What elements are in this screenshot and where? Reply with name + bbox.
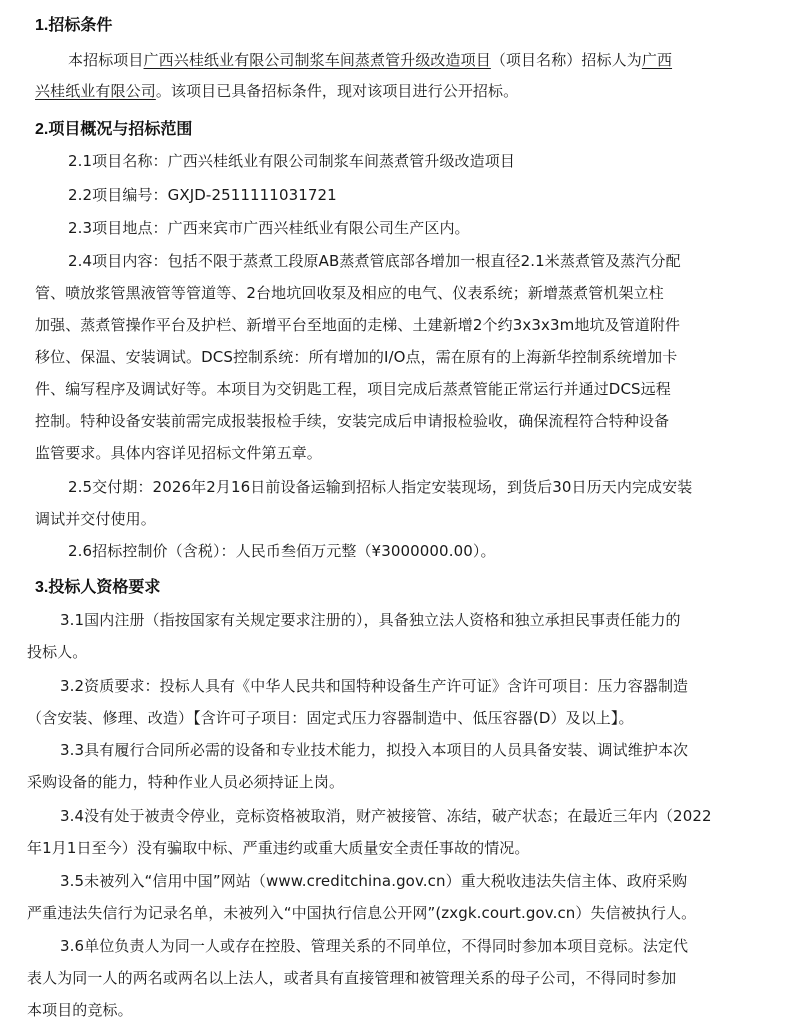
item-2-3: 2.3项目地点：广西来宾市广西兴桂纸业有限公司生产区内。 (68, 218, 470, 238)
item-3-4-line-1: 3.4没有处于被责令停业，竞标资格被取消，财产被接管、冻结，破产状态；在最近三年… (60, 806, 712, 826)
item-3-4-line-2: 年1月1日至今）没有骗取中标、严重违约或重大质量安全责任事故的情况。 (27, 838, 530, 858)
tenderer-name-underlined: 兴桂纸业有限公司 (35, 82, 156, 100)
text: 。该项目已具备招标条件，现对该项目进行公开招标。 (156, 82, 518, 100)
item-3-6-line-2: 表人为同一人的两名或两名以上法人，或者具有直接管理和被管理关系的母子公司，不得同… (27, 968, 676, 988)
section-1-paragraph-line-2: 兴桂纸业有限公司。该项目已具备招标条件，现对该项目进行公开招标。 (35, 81, 518, 101)
item-2-5-line-2: 调试并交付使用。 (35, 509, 156, 529)
item-3-1-line-1: 3.1国内注册（指按国家有关规定要求注册的），具备独立法人资格和独立承担民事责任… (60, 610, 681, 630)
item-3-1-line-2: 投标人。 (27, 642, 87, 662)
item-2-4-line-3: 加强、蒸煮管操作平台及护栏、新增平台至地面的走梯、土建新增2个约3x3x3m地坑… (35, 315, 680, 335)
item-2-6: 2.6招标控制价（含税）：人民币叁佰万元整（¥3000000.00）。 (68, 541, 496, 561)
item-3-6-line-3: 本项目的竞标。 (27, 1000, 133, 1020)
item-2-4-line-6: 控制。特种设备安装前需完成报装报检手续，安装完成后申请报检验收，确保流程符合特种… (35, 411, 669, 431)
item-3-2-line-2: （含安装、修理、改造）【含许可子项目：固定式压力容器制造中、低压容器(D）及以上… (27, 708, 634, 728)
text: （项目名称）招标人为 (491, 51, 642, 69)
section-2-title: 2.项目概况与招标范围 (35, 120, 192, 140)
text: 本招标项目 (68, 51, 144, 69)
item-2-5-line-1: 2.5交付期：2026年2月16日前设备运输到招标人指定安装现场，到货后30日历… (68, 477, 692, 497)
item-2-4-line-5: 件、编写程序及调试好等。本项目为交钥匙工程，项目完成后蒸煮管能正常运行并通过DC… (35, 379, 671, 399)
project-name-underlined: 广西兴桂纸业有限公司制浆车间蒸煮管升级改造项目 (144, 51, 491, 69)
item-3-6-line-1: 3.6单位负责人为同一人或存在控股、管理关系的不同单位，不得同时参加本项目竞标。… (60, 936, 688, 956)
section-3-title: 3.投标人资格要求 (35, 578, 160, 598)
item-2-4-line-7: 监管要求。具体内容详见招标文件第五章。 (35, 443, 322, 463)
section-1-title: 1.招标条件 (35, 16, 112, 36)
item-2-2: 2.2项目编号：GXJD-2511111031721 (68, 185, 337, 205)
item-2-4-line-2: 管、喷放浆管黑液管等管道等、2台地坑回收泵及相应的电气、仪表系统；新增蒸煮管机架… (35, 283, 664, 303)
item-2-4-line-4: 移位、保温、安装调试。DCS控制系统：所有增加的I/O点，需在原有的上海新华控制… (35, 347, 677, 367)
item-3-3-line-1: 3.3具有履行合同所必需的设备和专业技术能力，拟投入本项目的人员具备安装、调试维… (60, 740, 688, 760)
item-3-5-line-1: 3.5未被列入“信用中国”网站（www.creditchina.gov.cn）重… (60, 871, 687, 891)
item-2-4-line-1: 2.4项目内容：包括不限于蒸煮工段原AB蒸煮管底部各增加一根直径2.1米蒸煮管及… (68, 251, 681, 271)
tenderer-name-underlined: 广西 (642, 51, 672, 69)
item-2-1: 2.1项目名称：广西兴桂纸业有限公司制浆车间蒸煮管升级改造项目 (68, 151, 515, 171)
section-1-paragraph-line-1: 本招标项目广西兴桂纸业有限公司制浆车间蒸煮管升级改造项目（项目名称）招标人为广西 (68, 50, 672, 70)
item-3-5-line-2: 严重违法失信行为记录名单，未被列入“中国执行信息公开网”(zxgk.court.… (27, 903, 696, 923)
item-3-2-line-1: 3.2资质要求：投标人具有《中华人民共和国特种设备生产许可证》含许可项目：压力容… (60, 676, 688, 696)
item-3-3-line-2: 采购设备的能力，特种作业人员必须持证上岗。 (27, 772, 344, 792)
